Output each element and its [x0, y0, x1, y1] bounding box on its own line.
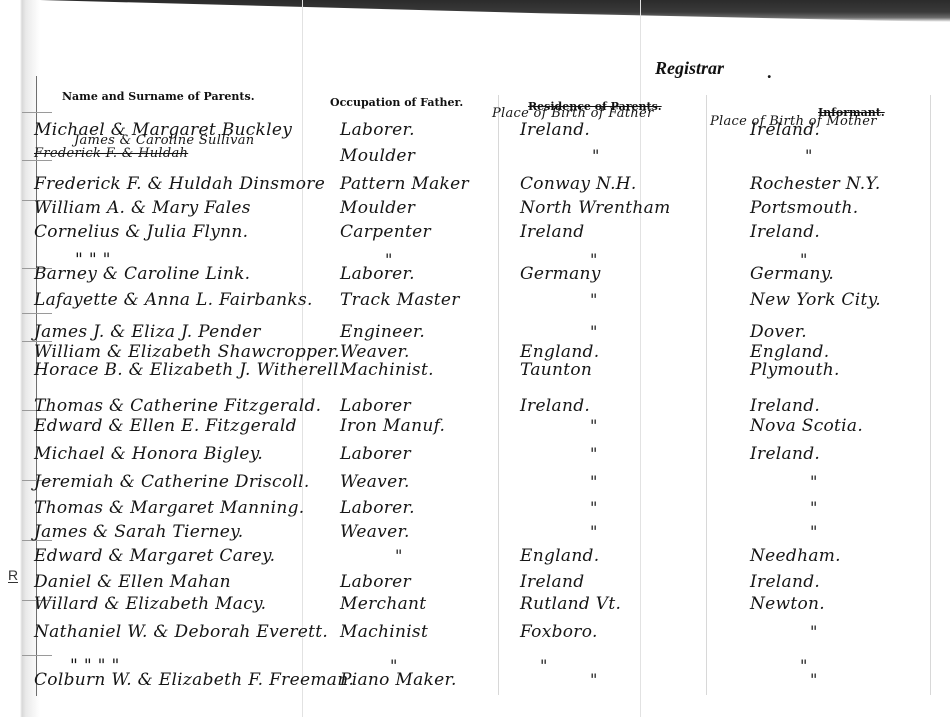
entry-father-birth: Rutland Vt.: [520, 594, 621, 614]
entry-parents: Frederick F. & Huldah Dinsmore: [34, 174, 325, 194]
entry-mother-birth: ": [810, 472, 818, 491]
entry-mother-birth: ": [810, 522, 818, 541]
entry-father-birth: ": [590, 472, 598, 491]
entry-father-birth: ": [590, 290, 598, 309]
entry-occupation: Laborer.: [340, 264, 415, 284]
entry-occupation: Machinist.: [340, 360, 434, 380]
entry-mother-birth: Ireland.: [750, 396, 820, 416]
entry-father-birth: Ireland.: [520, 120, 590, 140]
page-title: Registrar: [655, 58, 724, 79]
entry-occupation: Machinist: [340, 622, 428, 642]
entry-parents: Edward & Ellen E. Fitzgerald: [34, 416, 297, 436]
entry-mother-birth: England.: [750, 342, 829, 362]
header-occupation: Occupation of Father.: [330, 96, 463, 109]
entry-parents: James & Sarah Tierney.: [34, 522, 244, 542]
entry-father-birth: Ireland: [520, 572, 584, 592]
entry-parents: William A. & Mary Fales: [34, 198, 251, 218]
entry-father-birth: ": [590, 498, 598, 517]
entry-mother-birth: Germany.: [750, 264, 834, 284]
entry-parents: Thomas & Catherine Fitzgerald.: [34, 396, 321, 416]
entry-mother-birth: ": [800, 656, 808, 675]
entry-parents: Thomas & Margaret Manning.: [34, 498, 304, 518]
row-rule: [22, 112, 52, 113]
entry-mother-birth: Dover.: [750, 322, 807, 342]
entry-parents: Frederick F. & Huldah: [34, 146, 188, 161]
entry-father-birth: Germany: [520, 264, 601, 284]
entry-occupation: Laborer: [340, 572, 411, 592]
entry-occupation: Laborer: [340, 396, 411, 416]
entry-parents: James J. & Eliza J. Pender: [34, 322, 261, 342]
column-rule: [930, 95, 931, 695]
entry-parents: Michael & Honora Bigley.: [34, 444, 263, 464]
entry-father-birth: Taunton: [520, 360, 592, 380]
row-rule: [22, 655, 52, 656]
entry-occupation: Moulder: [340, 146, 415, 166]
entry-parents: Edward & Margaret Carey.: [34, 546, 275, 566]
entry-father-birth: ": [590, 322, 598, 341]
entry-mother-birth: ": [810, 670, 818, 689]
entry-occupation: Laborer.: [340, 120, 415, 140]
entry-father-birth: North Wrentham: [520, 198, 671, 218]
entry-parents: Nathaniel W. & Deborah Everett.: [34, 622, 328, 642]
entry-parents: Cornelius & Julia Flynn.: [34, 222, 248, 242]
entry-father-birth: Ireland.: [520, 396, 590, 416]
entry-occupation: Engineer.: [340, 322, 425, 342]
entry-occupation: Moulder: [340, 198, 415, 218]
entry-father-birth: Conway N.H.: [520, 174, 637, 194]
entry-occupation: Weaver.: [340, 472, 410, 492]
entry-parents: Daniel & Ellen Mahan: [34, 572, 231, 592]
column-rule: [706, 95, 707, 695]
entry-mother-birth: Ireland.: [750, 120, 820, 140]
entry-occupation: Weaver.: [340, 342, 410, 362]
entry-mother-birth: Ireland.: [750, 222, 820, 242]
entry-occupation: Piano Maker.: [340, 670, 457, 690]
entry-occupation: Laborer: [340, 444, 411, 464]
entry-mother-birth: Newton.: [750, 594, 825, 614]
entry-occupation: Merchant: [340, 594, 426, 614]
entry-mother-birth: Nova Scotia.: [750, 416, 863, 436]
entry-parents: Colburn W. & Elizabeth F. Freeman.: [34, 670, 354, 690]
entry-mother-birth: ": [810, 622, 818, 641]
entry-father-birth: ": [590, 416, 598, 435]
entry-mother-birth: Ireland.: [750, 444, 820, 464]
entry-parents: Jeremiah & Catherine Driscoll.: [34, 472, 310, 492]
entry-parents: Barney & Caroline Link.: [34, 264, 250, 284]
entry-occupation: Weaver.: [340, 522, 410, 542]
entry-father-birth: Ireland: [520, 222, 584, 242]
entry-father-birth: England.: [520, 342, 599, 362]
scan-top-edge: [40, 0, 950, 22]
entry-mother-birth: ": [810, 498, 818, 517]
entry-mother-birth: Ireland.: [750, 572, 820, 592]
entry-occupation: Carpenter: [340, 222, 431, 242]
entry-father-birth: ": [590, 444, 598, 463]
entry-father-birth: ": [592, 146, 600, 165]
column-rule: [498, 95, 499, 695]
entry-parents: Lafayette & Anna L. Fairbanks.: [34, 290, 313, 310]
entry-father-birth: ": [540, 656, 548, 675]
entry-father-birth: England.: [520, 546, 599, 566]
margin-mark: R: [8, 568, 18, 583]
entry-occupation: Track Master: [340, 290, 460, 310]
header-father-birth: Place of Birth of Father: [492, 106, 654, 121]
entry-mother-birth: Portsmouth.: [750, 198, 858, 218]
entry-occupation: ": [395, 546, 403, 565]
entry-mother-birth: New York City.: [750, 290, 881, 310]
entry-parents: Horace B. & Elizabeth J. Witherell.: [34, 360, 344, 380]
entry-occupation: Laborer.: [340, 498, 415, 518]
entry-father-birth: ": [590, 670, 598, 689]
entry-mother-birth: ": [805, 146, 813, 165]
entry-occupation: Pattern Maker: [340, 174, 469, 194]
entry-mother-birth: Needham.: [750, 546, 841, 566]
entry-mother-birth: Plymouth.: [750, 360, 840, 380]
entry-mother-birth: Rochester N.Y.: [750, 174, 881, 194]
entry-father-birth: ": [590, 522, 598, 541]
row-rule: [22, 313, 52, 314]
entry-occupation: Iron Manuf.: [340, 416, 445, 436]
entry-father-birth: Foxboro.: [520, 622, 598, 642]
entry-parents: Willard & Elizabeth Macy.: [34, 594, 266, 614]
entry-parents: William & Elizabeth Shawcropper.: [34, 342, 340, 362]
title-dot: .: [767, 62, 772, 83]
header-parents: Name and Surname of Parents.: [62, 90, 255, 103]
